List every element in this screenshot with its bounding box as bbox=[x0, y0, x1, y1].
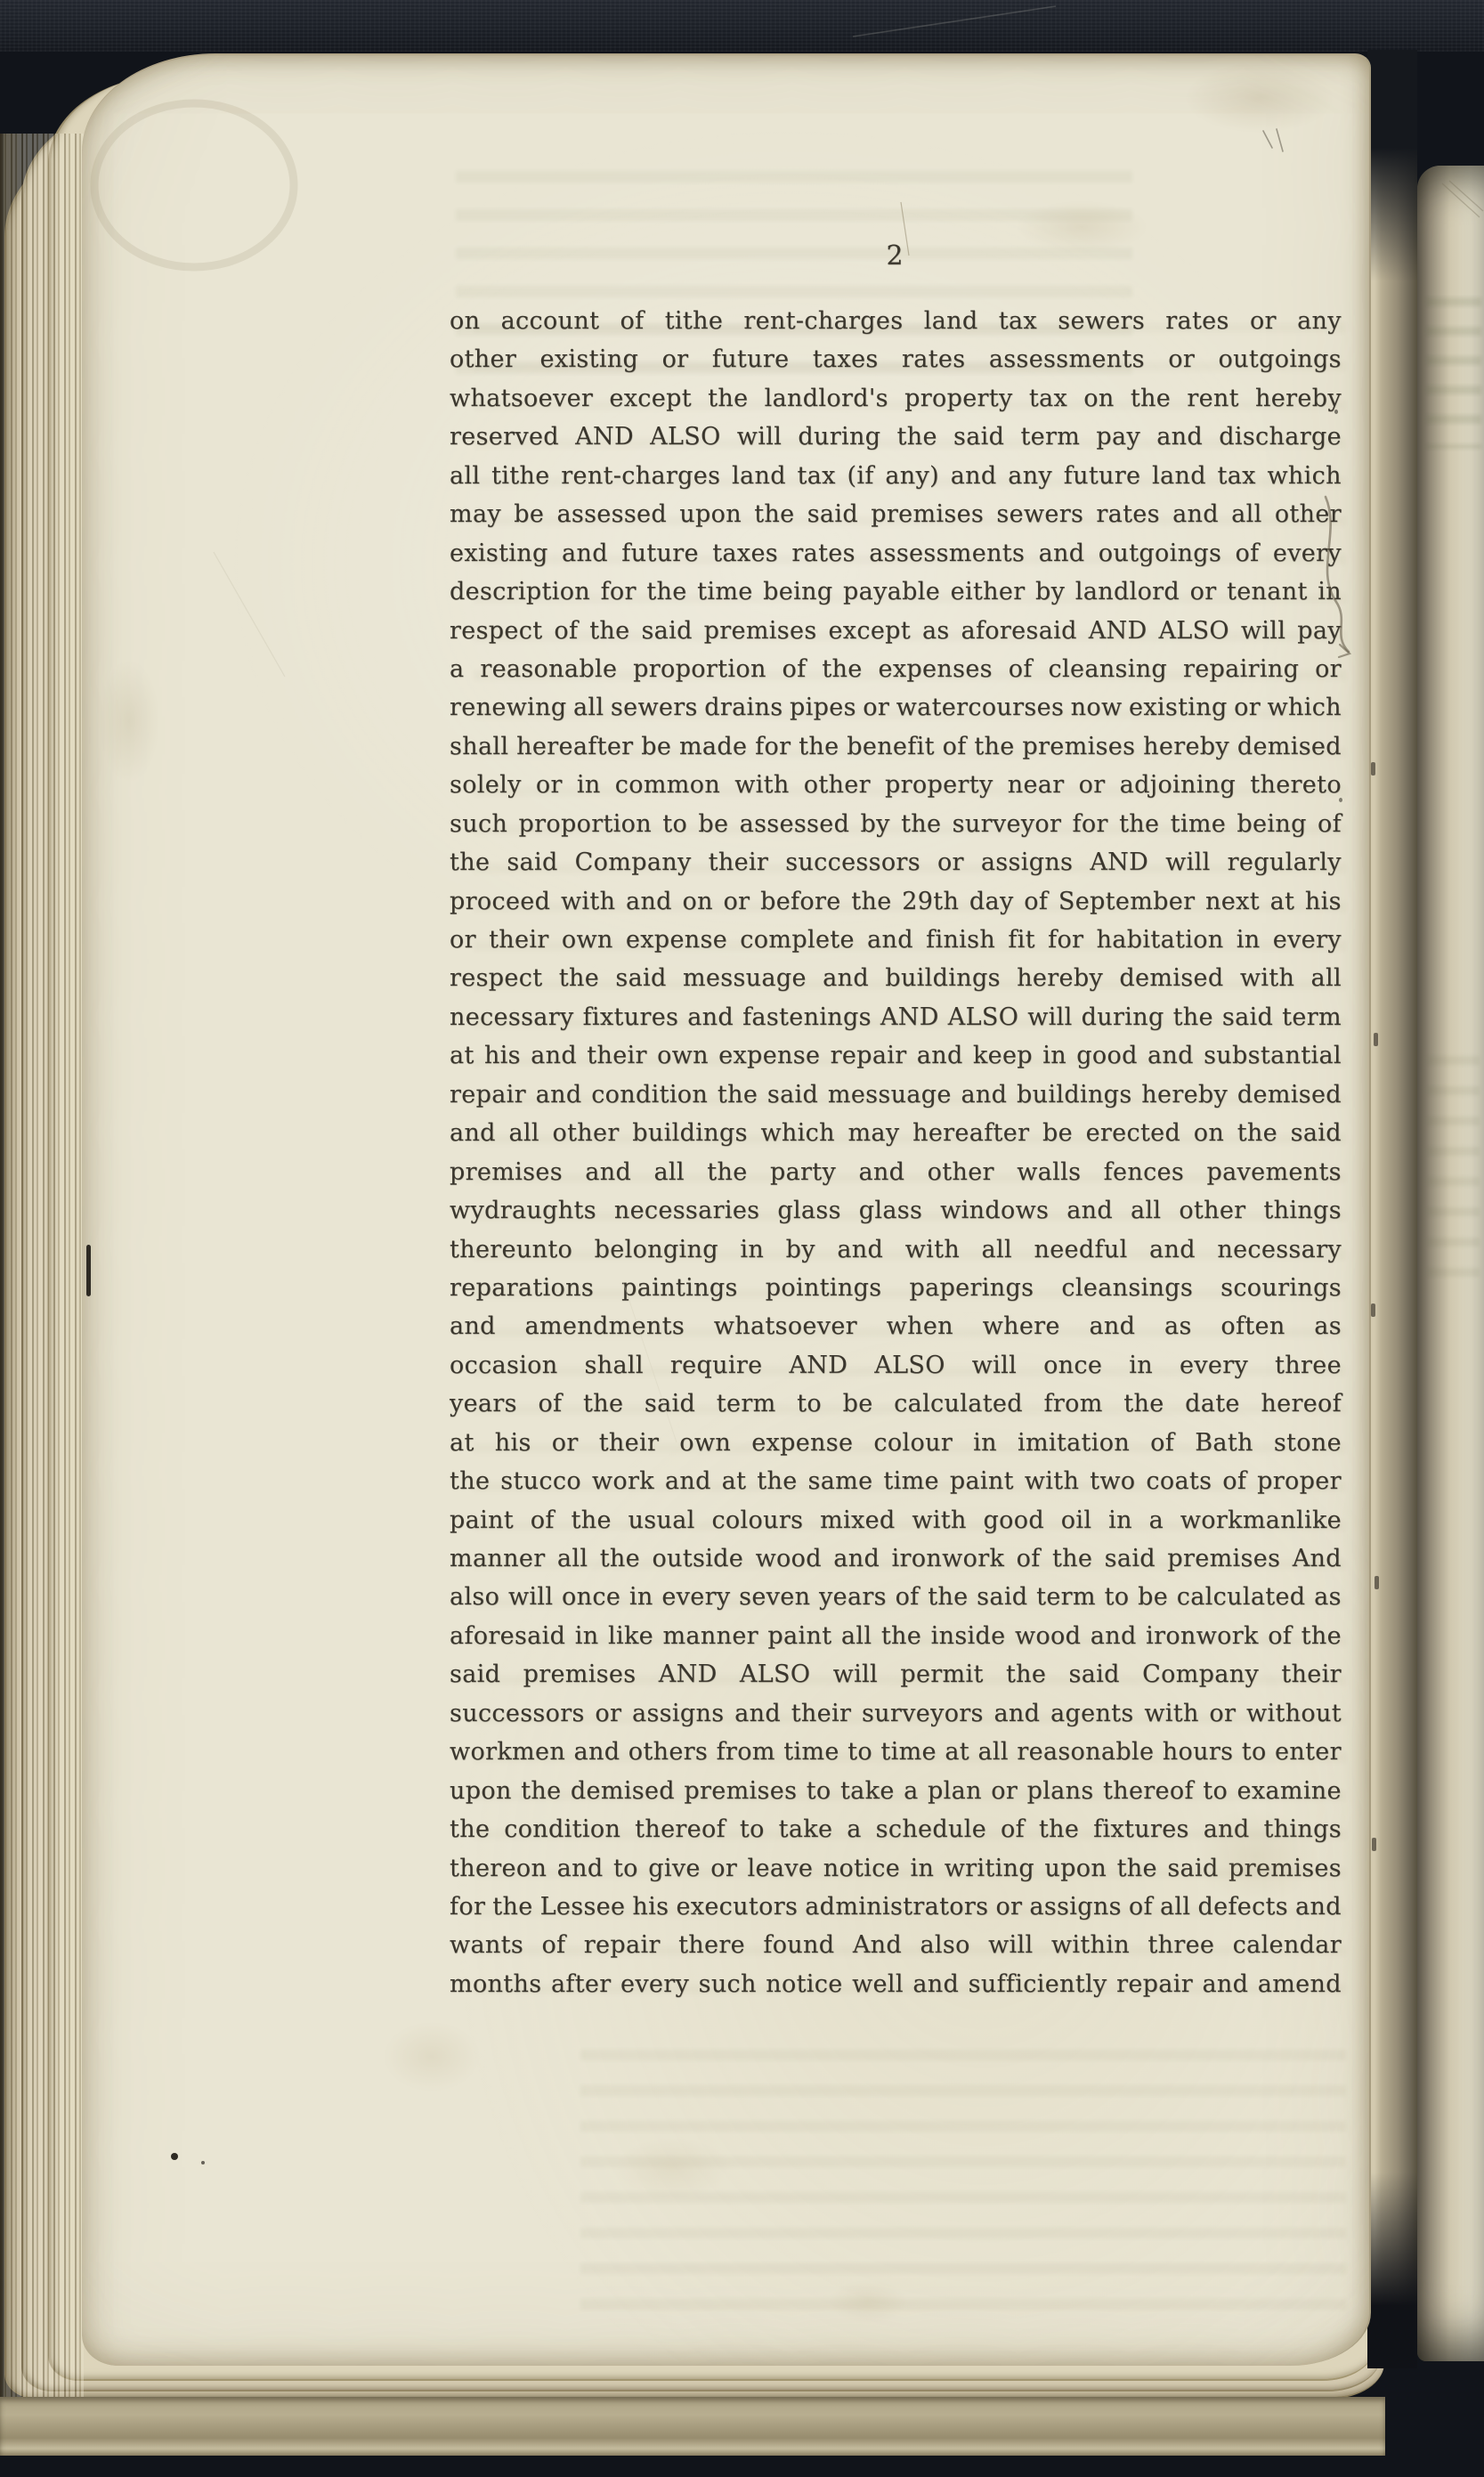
text-line: thereuntobelonginginbyandwithallneedfula… bbox=[450, 1230, 1342, 1269]
ink-speck bbox=[1334, 410, 1338, 414]
text-line: andallotherbuildingswhichmayhereafterbee… bbox=[450, 1114, 1342, 1152]
text-line: successorsorassignsandtheirsurveyorsanda… bbox=[450, 1694, 1342, 1733]
text-line: existingandfuturetaxesratesassessmentsan… bbox=[450, 534, 1342, 573]
text-line: theconditionthereoftotakeascheduleofthef… bbox=[450, 1810, 1342, 1848]
text-line: aforesaidinlikemannerpaintalltheinsidewo… bbox=[450, 1617, 1342, 1655]
book-scan: 2 onaccountoftitherent-chargeslandtaxsew… bbox=[0, 0, 1484, 2477]
text-line: alltitherent-chargeslandtax(ifany)andany… bbox=[450, 457, 1342, 495]
page-gutter-shadow bbox=[1367, 50, 1417, 2368]
text-line: workmenandothersfromtimetotimeatallreaso… bbox=[450, 1733, 1342, 1771]
book-fore-edge bbox=[0, 2397, 1385, 2456]
text-line: occasionshallrequireANDALSOwillonceineve… bbox=[450, 1346, 1342, 1385]
text-line: uponthedemisedpremisestotakeaplanorplans… bbox=[450, 1772, 1342, 1810]
ink-speck bbox=[1339, 798, 1342, 802]
text-line: respectthesaidmessuageandbuildingshereby… bbox=[450, 959, 1342, 997]
text-line: descriptionforthetimebeingpayableeitherb… bbox=[450, 573, 1342, 611]
ink-speck bbox=[171, 2153, 178, 2160]
edge-speck bbox=[1371, 1303, 1375, 1317]
text-line: athisortheirownexpensecolourinimitationo… bbox=[450, 1424, 1342, 1462]
scanned-page: 2 onaccountoftitherent-chargeslandtaxsew… bbox=[82, 53, 1371, 2366]
text-line: respectofthesaidpremisesexceptasaforesai… bbox=[450, 612, 1342, 650]
text-line: andamendmentswhatsoeverwhenwhereandasoft… bbox=[450, 1307, 1342, 1345]
ink-speck bbox=[201, 2161, 205, 2164]
text-line: areasonableproportionoftheexpensesofclea… bbox=[450, 650, 1342, 688]
text-line: thesaidCompanytheirsuccessorsorassignsAN… bbox=[450, 843, 1342, 881]
text-line: solelyorincommonwithotherpropertynearora… bbox=[450, 766, 1342, 804]
ink-speck bbox=[86, 1245, 91, 1296]
text-line: yearsofthesaidtermtobecalculatedfromthed… bbox=[450, 1385, 1342, 1423]
book-cover-top bbox=[0, 0, 1484, 52]
text-line: proceedwithandonorbeforethe29thdayofSept… bbox=[450, 882, 1342, 921]
bleed-through-texture bbox=[580, 2050, 1346, 2317]
text-line: onaccountoftitherent-chargeslandtaxsewer… bbox=[450, 302, 1342, 340]
edge-speck bbox=[1371, 762, 1375, 776]
text-line: maybeassesseduponthesaidpremisessewersra… bbox=[450, 495, 1342, 533]
text-line: athisandtheirownexpenserepairandkeepingo… bbox=[450, 1036, 1342, 1075]
bleed-through-texture bbox=[1428, 1056, 1480, 1287]
text-line: repairandconditionthesaidmessuageandbuil… bbox=[450, 1076, 1342, 1114]
deed-text-block: onaccountoftitherent-chargeslandtaxsewer… bbox=[450, 302, 1342, 2003]
text-line: renewingallsewersdrainspipesorwatercours… bbox=[450, 688, 1342, 727]
next-page-edge bbox=[1417, 166, 1484, 2361]
text-line: shallhereafterbemadeforthebenefitofthepr… bbox=[450, 727, 1342, 766]
text-line: whatsoeverexceptthelandlord'spropertytax… bbox=[450, 379, 1342, 418]
text-line: paintoftheusualcoloursmixedwithgoodoilin… bbox=[450, 1501, 1342, 1539]
text-line: reparationspaintingspointingspaperingscl… bbox=[450, 1269, 1342, 1307]
text-line: reservedANDALSOwillduringthesaidtermpaya… bbox=[450, 418, 1342, 456]
text-line: thereonandtogiveorleavenoticeinwritingup… bbox=[450, 1849, 1342, 1888]
text-line: wantsofrepairtherefoundAndalsowillwithin… bbox=[450, 1926, 1342, 1964]
text-line: premisesandallthepartyandotherwallsfence… bbox=[450, 1153, 1342, 1191]
edge-speck bbox=[1372, 1838, 1376, 1851]
text-line: wydraughtsnecessariesglassglasswindowsan… bbox=[450, 1191, 1342, 1230]
bleed-through-texture bbox=[1426, 297, 1481, 449]
text-line: alsowillonceineverysevenyearsofthesaidte… bbox=[450, 1578, 1342, 1616]
text-line: fortheLesseehisexecutorsadministratorsor… bbox=[450, 1888, 1342, 1926]
edge-speck bbox=[1374, 1033, 1378, 1046]
page-stack-left-edge bbox=[0, 134, 84, 2397]
text-line: thestuccoworkandatthesametimepaintwithtw… bbox=[450, 1462, 1342, 1500]
text-line: monthsaftereverysuchnoticewellandsuffici… bbox=[450, 1965, 1342, 2003]
text-line: ortheirownexpensecompleteandfinishfitfor… bbox=[450, 921, 1342, 959]
text-line: otherexistingorfuturetaxesratesassessmen… bbox=[450, 340, 1342, 378]
page-number: 2 bbox=[841, 240, 948, 272]
text-line: suchproportiontobeassessedbythesurveyorf… bbox=[450, 805, 1342, 843]
text-line: necessaryfixturesandfasteningsANDALSOwil… bbox=[450, 998, 1342, 1036]
text-line: manneralltheoutsidewoodandironworkofthes… bbox=[450, 1539, 1342, 1578]
edge-speck bbox=[1375, 1576, 1379, 1589]
text-line: saidpremisesANDALSOwillpermitthesaidComp… bbox=[450, 1655, 1342, 1693]
